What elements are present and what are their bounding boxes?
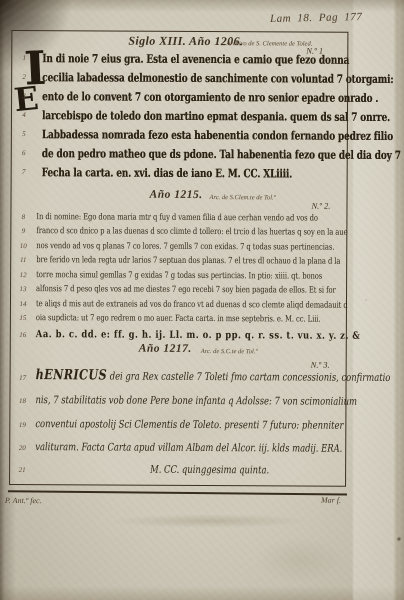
line-number: 16: [17, 331, 29, 339]
manuscript-line-text: dei gra Rex castelle 7 Toleti fmo cartam…: [107, 371, 390, 384]
manuscript-line: de don pedro matheo que ds pdone. Tal ha…: [42, 146, 401, 162]
manuscript-line: In di nomine: Ego dona maria mtr q fuy d…: [36, 212, 318, 223]
manuscript-line: bre ferido vn leda regta udr larios 7 se…: [36, 255, 340, 267]
line-number: 14: [17, 300, 29, 308]
line-number: 4: [18, 111, 30, 119]
line-number: 10: [17, 242, 29, 250]
section-2-year-heading: Año 1215.: [150, 189, 203, 201]
line-number: 13: [17, 285, 29, 293]
manuscript-line: ento de lo convent 7 con otorgamiento de…: [42, 89, 378, 105]
line-number: 21: [16, 466, 28, 474]
manuscript-line: alfonsis 7 d peso qles vos ad me diestes…: [36, 284, 336, 296]
line-number: 11: [17, 256, 29, 264]
plate-frame-border: Siglo XIII. Año 1206. Archivo de S. Clem…: [9, 30, 348, 487]
manuscript-line: larcebispo de toledo don martino epmat d…: [42, 108, 390, 124]
line-number: 20: [16, 444, 28, 452]
manuscript-line: te aliqs d mis aut de extraneis ad vos d…: [36, 299, 348, 311]
manuscript-line: conventui apostolij Sci Clementis de Tol…: [35, 418, 343, 432]
engraved-plate: Siglo XIII. Año 1206. Archivo de S. Clem…: [0, 0, 404, 600]
line-number: 2: [18, 73, 30, 81]
line-number: 12: [17, 271, 29, 279]
manuscript-line: Labbadessa nomrada fezo esta habenentia …: [42, 127, 393, 143]
section-3-archive-note: Arc. de S.C.te de Tol.º: [201, 348, 258, 355]
manuscript-line: oia supdicta: ut 7 ego redrem o mo auer.…: [36, 313, 321, 324]
document-2-number-label: N.º 2.: [311, 201, 330, 211]
line-number: 1: [18, 54, 30, 62]
section-3-year-heading: Año 1217.: [139, 343, 192, 355]
alphabet-sample-line: Aa. b. c. dd. e: ff. g. h. ij. Ll. m. o.…: [36, 329, 361, 342]
manuscript-line: valituram. Facta Carta apud villam Albam…: [35, 441, 342, 455]
line-number: 19: [16, 421, 28, 429]
manuscript-line: torre mocha simul gemllas 7 g exidas 7 g…: [36, 270, 322, 281]
line-number: 9: [17, 227, 29, 235]
manuscript-line: cecilia labadessa delmonestio de sanchim…: [42, 70, 393, 86]
manuscript-line: hENRICUS dei gra Rex castelle 7 Toleti f…: [36, 367, 391, 385]
line-number: 3: [18, 92, 30, 100]
line-number: 17: [17, 374, 29, 382]
line-number: 7: [18, 168, 30, 176]
manuscript-line: In di noie 7 eius gra. Esta el avenencia…: [42, 51, 349, 67]
book-page-photo: Lam 18. Pag 177 Siglo XIII. Año 1206. Ar…: [0, 0, 404, 600]
line-number: 8: [17, 213, 29, 221]
manuscript-line: M. CC. quinggesima quinta.: [150, 464, 269, 477]
engraver-credit-left: P. Ant.º fec.: [5, 496, 42, 505]
engraver-credit-right: Mar f.: [321, 496, 341, 505]
royal-name-initial-word: hENRICUS: [36, 367, 108, 383]
line-number: 15: [17, 314, 29, 322]
manuscript-line: franco d sco dnico p a las duenas d sco …: [36, 226, 347, 238]
manuscript-line: nos vendo ad vos q planas 7 co lores. 7 …: [36, 241, 334, 253]
manuscript-line: nis, 7 stabilitatis vob done Pere bone i…: [35, 394, 357, 408]
section-2-archive-note: Arc. de S.Clem.te de Tol.º: [210, 194, 276, 201]
manuscript-line: Fecha la carta. en. xvi. dias de iano E.…: [42, 165, 292, 180]
line-number: 6: [18, 149, 30, 157]
archive-source-note: Archivo de S. Clemente de Toled.: [226, 40, 312, 47]
line-number: 18: [16, 397, 28, 405]
line-number: 5: [18, 130, 30, 138]
